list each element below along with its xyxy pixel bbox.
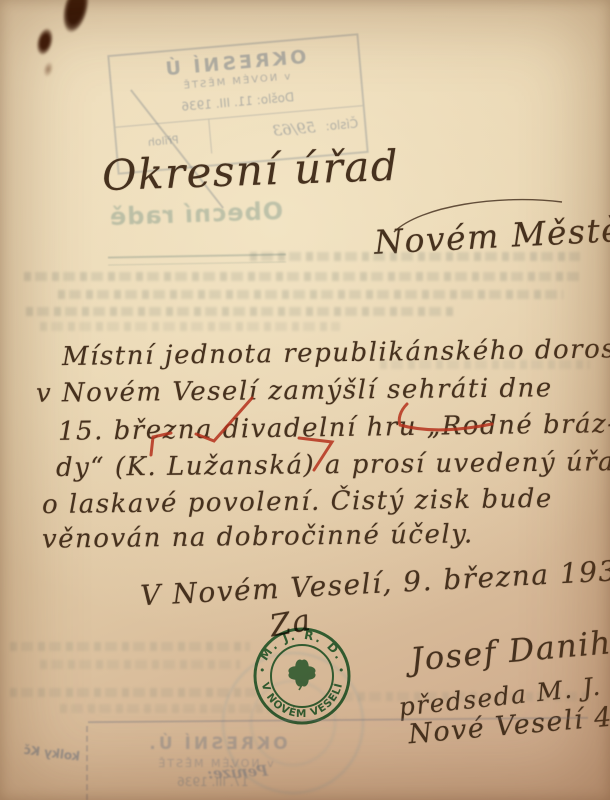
svg-text:V NOVÉM VESELÍ: V NOVÉM VESELÍ (259, 681, 346, 720)
scanned-letter-page: OKRESNÍ Ú v NOVÉM MĚSTĚ Došlo: 11. III. … (0, 0, 610, 800)
reverse-office-bleed: OKRESNÍ Ú. (112, 734, 322, 754)
stamp-bottom-arc-text: V NOVÉM VESELÍ (259, 681, 346, 720)
stamp-left-dot: • (259, 664, 266, 677)
red-close-hook-mark (299, 438, 332, 470)
red-check-mark (196, 398, 252, 441)
stamp-right-dot: • (338, 664, 345, 677)
bleed-dashed-vertical-rule (86, 726, 88, 800)
organization-round-stamp: M. J. R. D. V NOVÉM VESELÍ • • (250, 624, 354, 728)
red-open-hook-mark (151, 433, 171, 455)
four-leaf-clover-icon (287, 658, 317, 690)
red-underline-mark (399, 404, 492, 430)
